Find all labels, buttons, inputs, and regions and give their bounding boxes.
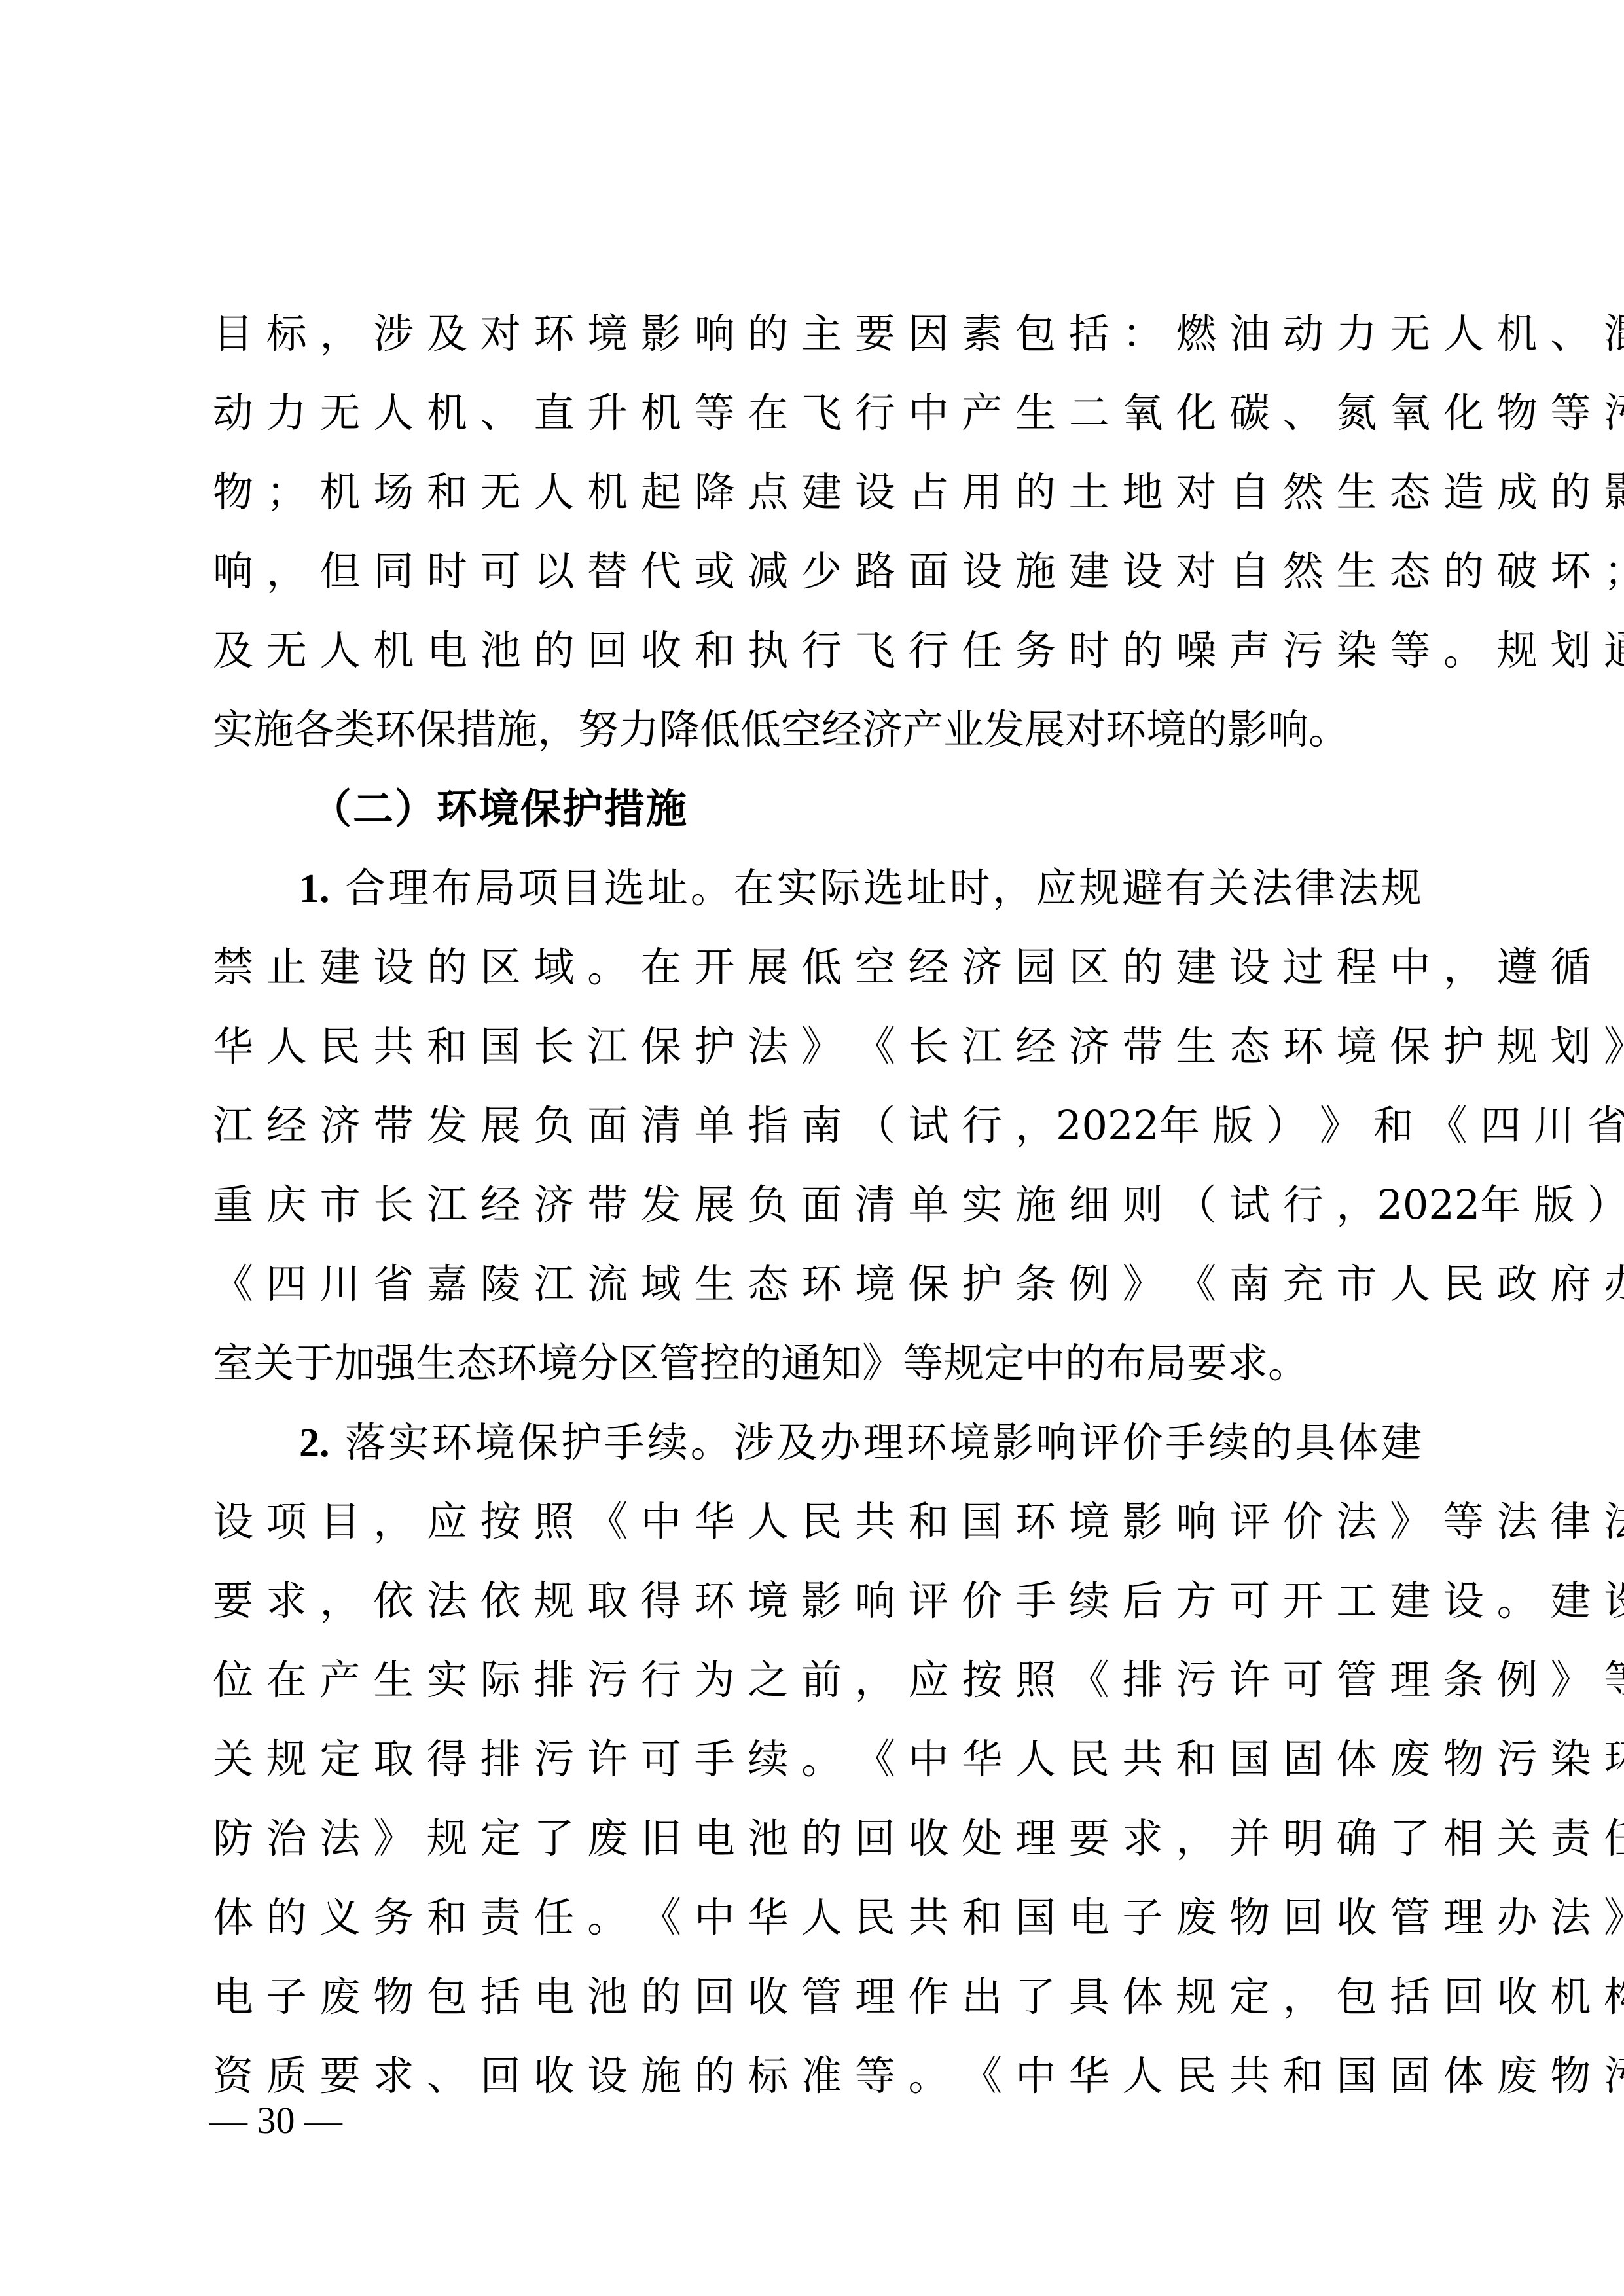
item-1-title-text: 合理布局项目选址。在实际选址时，应规避有关法律法规 <box>345 864 1422 912</box>
paragraph-line: 禁 止 建 设 的 区 域 。 在 开 展 低 空 经 济 园 区 的 建 设 … <box>213 939 1422 1018</box>
paragraph-line: 体 的 义 务 和 责 任 。 《 中 华 人 民 共 和 国 电 子 废 物 … <box>213 1889 1422 1968</box>
paragraph-line: 位 在 产 生 实 际 排 污 行 为 之 前 ， 应 按 照 《 排 污 许 … <box>213 1651 1422 1731</box>
paragraph-line: 防 治 法 》 规 定 了 废 旧 电 池 的 回 收 处 理 要 求 ， 并 … <box>213 1810 1422 1889</box>
paragraph-line: 动 力 无 人 机 、 直 升 机 等 在 飞 行 中 产 生 二 氧 化 碳 … <box>213 384 1422 463</box>
paragraph-line: 《 四 川 省 嘉 陵 江 流 域 生 态 环 境 保 护 条 例 》 《 南 … <box>213 1255 1422 1335</box>
item-1-first-line: 1. 合理布局项目选址。在实际选址时，应规避有关法律法规 <box>213 859 1422 939</box>
paragraph-line: 华 人 民 共 和 国 长 江 保 护 法 》 《 长 江 经 济 带 生 态 … <box>213 1018 1422 1097</box>
paragraph-line: 设 项 目 ， 应 按 照 《 中 华 人 民 共 和 国 环 境 影 响 评 … <box>213 1493 1422 1572</box>
body-text: 目 标 ， 涉 及 对 环 境 影 响 的 主 要 因 素 包 括 ： 燃 油 … <box>213 305 1422 2126</box>
paragraph-line: 物 ； 机 场 和 无 人 机 起 降 点 建 设 占 用 的 土 地 对 自 … <box>213 463 1422 543</box>
item-2-first-line: 2. 落实环境保护手续。涉及办理环境影响评价手续的具体建 <box>213 1414 1422 1493</box>
paragraph-line: 实施各类环保措施，努力降低低空经济产业发展对环境的影响。 <box>213 701 1422 780</box>
paragraph-line: 及 无 人 机 电 池 的 回 收 和 执 行 飞 行 任 务 时 的 噪 声 … <box>213 622 1422 701</box>
item-1-number: 1. <box>299 867 330 911</box>
paragraph-line: 电 子 废 物 包 括 电 池 的 回 收 管 理 作 出 了 具 体 规 定 … <box>213 1968 1422 2047</box>
paragraph-line: 要 求 ， 依 法 依 规 取 得 环 境 影 响 评 价 手 续 后 方 可 … <box>213 1572 1422 1651</box>
document-page: 目 标 ， 涉 及 对 环 境 影 响 的 主 要 因 素 包 括 ： 燃 油 … <box>0 0 1624 2296</box>
item-2-number: 2. <box>299 1421 330 1465</box>
paragraph-line: 室关于加强生态环境分区管控的通知》等规定中的布局要求。 <box>213 1335 1422 1414</box>
page-number: — 30 — <box>209 2100 342 2142</box>
paragraph-line: 资 质 要 求 、 回 收 设 施 的 标 准 等 。 《 中 华 人 民 共 … <box>213 2047 1422 2126</box>
paragraph-line: 目 标 ， 涉 及 对 环 境 影 响 的 主 要 因 素 包 括 ： 燃 油 … <box>213 305 1422 384</box>
paragraph-line: 响 ， 但 同 时 可 以 替 代 或 减 少 路 面 设 施 建 设 对 自 … <box>213 543 1422 622</box>
paragraph-line: 关 规 定 取 得 排 污 许 可 手 续 。 《 中 华 人 民 共 和 国 … <box>213 1731 1422 1810</box>
item-2-title-text: 落实环境保护手续。涉及办理环境影响评价手续的具体建 <box>345 1418 1422 1466</box>
paragraph-line: 重 庆 市 长 江 经 济 带 发 展 负 面 清 单 实 施 细 则 （ 试 … <box>213 1176 1422 1255</box>
section-heading: （二）环境保护措施 <box>213 780 1422 859</box>
paragraph-line: 江 经 济 带 发 展 负 面 清 单 指 南 （ 试 行 ，2022年 版 ）… <box>213 1097 1422 1176</box>
